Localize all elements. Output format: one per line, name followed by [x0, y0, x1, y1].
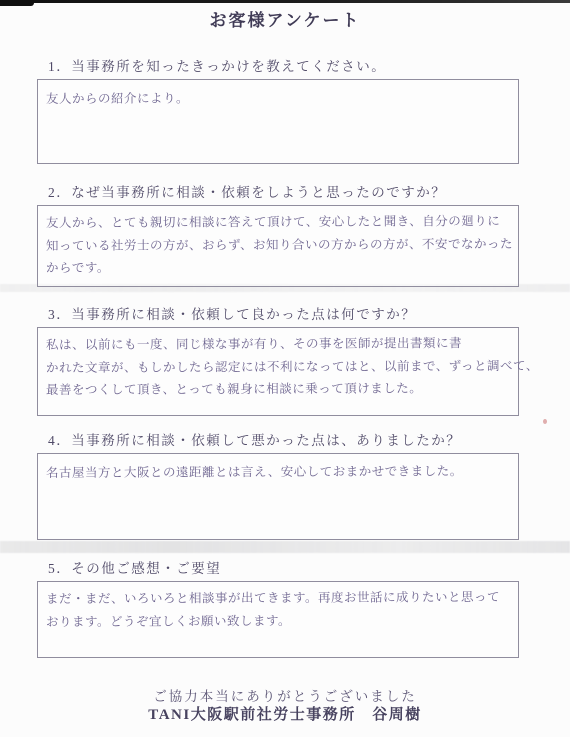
- question-4-answer-box: 名古屋当方と大阪との遠距離とは言え、安心しておまかせできました。: [37, 453, 519, 540]
- question-1-section: 1．当事務所を知ったきっかけを教えてください。 友人からの紹介により。: [37, 55, 519, 164]
- scan-speck-artifact: [543, 419, 547, 424]
- handwritten-answer-line: 私は、以前にも一度、同じ様な事が有り、その事を医師が提出書類に書: [46, 332, 510, 357]
- footer-office-name: TANI大阪駅前社労士事務所 谷周樹: [0, 703, 570, 724]
- question-1-label: 1．当事務所を知ったきっかけを教えてください。: [37, 55, 519, 75]
- handwritten-answer-line: 名古屋当方と大阪との遠距離とは言え、安心しておまかせできました。: [46, 460, 510, 485]
- handwritten-answer-line: 友人からの紹介により。: [46, 86, 510, 111]
- handwritten-answer-line: 知っている社労士の方が、おらず、お知り合いの方からの方が、不安でなかった: [46, 232, 510, 257]
- question-5-answer-box: まだ・まだ、いろいろと相談事が出てきます。再度お世話に成りたいと思って おります…: [37, 581, 519, 658]
- handwritten-answer-line: 友人から、とても親切に相談に答えて頂けて、安心したと聞き、自分の廻りに: [46, 210, 510, 235]
- handwritten-answer-line: かれた文章が、もしかしたら認定には不利になってはと、以前まで、ずっと調べて、: [46, 354, 510, 379]
- question-1-answer-box: 友人からの紹介により。: [37, 79, 519, 164]
- handwritten-answer-line: 最善をつくして頂き、とっても親身に相談に乗って頂けました。: [46, 377, 510, 402]
- handwritten-answer-line: からです。: [46, 255, 510, 280]
- scan-artifact-top-bar: [0, 0, 570, 3]
- question-2-section: 2．なぜ当事務所に相談・依頼をしようと思ったのですか？ 友人から、とても親切に相…: [37, 181, 519, 287]
- footer-thanks-text: ご協力本当にありがとうございました: [0, 685, 570, 705]
- question-2-answer-box: 友人から、とても親切に相談に答えて頂けて、安心したと聞き、自分の廻りに 知ってい…: [37, 205, 519, 287]
- question-5-label: 5．その他ご感想・ご要望: [37, 557, 519, 577]
- question-4-section: 4．当事務所に相談・依頼して悪かった点は、ありましたか？ 名古屋当方と大阪との遠…: [37, 429, 519, 540]
- handwritten-answer-line: おります。どうぞ宜しくお願い致します。: [46, 608, 510, 633]
- question-3-label: 3．当事務所に相談・依頼して良かった点は何ですか？: [37, 303, 519, 323]
- question-2-label: 2．なぜ当事務所に相談・依頼をしようと思ったのですか？: [37, 181, 519, 201]
- handwritten-answer-line: まだ・まだ、いろいろと相談事が出てきます。再度お世話に成りたいと思って: [46, 586, 510, 611]
- question-3-section: 3．当事務所に相談・依頼して良かった点は何ですか？ 私は、以前にも一度、同じ様な…: [37, 303, 519, 416]
- page-title: お客様アンケート: [0, 6, 570, 31]
- question-4-label: 4．当事務所に相談・依頼して悪かった点は、ありましたか？: [37, 429, 519, 449]
- question-5-section: 5．その他ご感想・ご要望 まだ・まだ、いろいろと相談事が出てきます。再度お世話に…: [37, 557, 519, 658]
- question-3-answer-box: 私は、以前にも一度、同じ様な事が有り、その事を医師が提出書類に書 かれた文章が、…: [37, 327, 519, 416]
- scan-streak-artifact: [0, 541, 570, 553]
